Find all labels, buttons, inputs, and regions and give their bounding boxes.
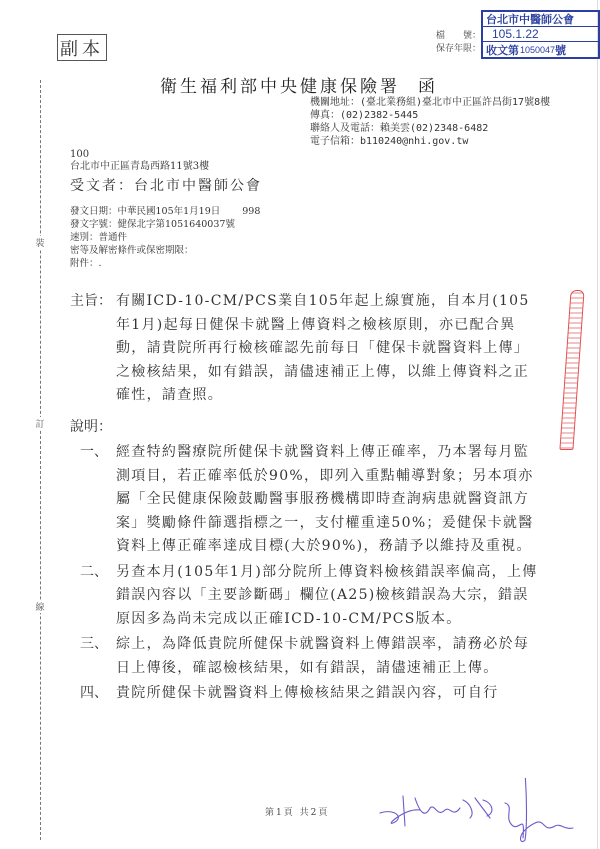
received-stamp: 台北市中醫師公會 105.1.22 收文第 1050047 號 <box>481 10 600 59</box>
recipient: 受文者：台北市中醫師公會 <box>70 175 262 195</box>
retention-label: 保存年限： <box>436 43 481 56</box>
doc-number: 發文字號：健保北字第1051640037號 <box>70 218 260 231</box>
subject-label: 主旨： <box>70 290 116 408</box>
binding-mark-bind: 裝 <box>33 236 47 249</box>
page-edge <box>597 0 598 849</box>
stamp-date: 105.1.22 <box>492 27 539 41</box>
item-text: 綜上，為降低貴院所健保卡就醫資料上傳錯誤率，請務必於每日上傳後，確認檢核結果，如… <box>116 633 540 680</box>
recipient-address: 台北市中正區青島西路11號3樓 <box>70 161 209 173</box>
document-body: 主旨： 有關ICD-10-CM/PCS業自105年起上線實施，自本月(105年1… <box>70 290 540 706</box>
attachments: 附件：. <box>70 257 260 270</box>
binding-line <box>40 80 41 840</box>
explanation-item: 二、 另查本月(105年1月)部分院所上傳資料檢核錯誤率偏高，上傳錯誤內容以「主… <box>70 561 540 632</box>
explanation-item: 四、 貴院所健保卡就醫資料上傳檢核結果之錯誤內容，可自行 <box>70 682 540 706</box>
stamp-received-label: 收文第 <box>486 42 519 58</box>
page-indicator: 第1頁 共2頁 <box>265 805 329 818</box>
subject: 主旨： 有關ICD-10-CM/PCS業自105年起上線實施，自本月(105年1… <box>70 290 540 408</box>
subject-text: 有關ICD-10-CM/PCS業自105年起上線實施，自本月(105年1月)起每… <box>116 290 540 408</box>
sender-email[interactable]: 電子信箱：b110240@nhi.gov.tw <box>310 135 550 148</box>
stamp-org: 台北市中醫師公會 <box>483 12 598 27</box>
document-title: 衛生福利部中央健康保險署函 <box>160 72 438 97</box>
copy-label: 副本 <box>57 34 107 61</box>
sender-info: 機關地址：(臺北業務組)臺北市中正區許昌街17號8樓 傳真：(02)2382-5… <box>310 96 550 148</box>
sender-contact: 聯絡人及電話：賴美雲(02)2348-6482 <box>310 122 550 135</box>
item-number: 四、 <box>70 682 116 706</box>
stamp-date-row: 105.1.22 <box>483 27 598 42</box>
issue-date: 發文日期：中華民國105年1月19日 <box>70 206 220 217</box>
explanation-label: 說明： <box>70 416 540 440</box>
explanation-item: 一、 經查特約醫療院所健保卡就醫資料上傳正確率，乃本署每月監測項目，若正確率低於… <box>70 441 540 559</box>
postal-code: 100 <box>70 149 209 161</box>
delivery-speed: 速別：普通件 <box>70 231 260 244</box>
signature-icon <box>375 778 575 843</box>
stamp-received-no: 1050047 <box>520 45 555 55</box>
doc-type: 函 <box>418 77 438 97</box>
item-text: 經查特約醫療院所健保卡就醫資料上傳正確率，乃本署每月監測項目，若正確率低於90%… <box>116 441 540 559</box>
archive-labels: 檔 號： 保存年限： <box>436 30 481 56</box>
stamp-received-suffix: 號 <box>555 42 566 58</box>
item-number: 二、 <box>70 561 116 632</box>
secrecy-level: 密等及解密條件或保密期限： <box>70 244 260 257</box>
recipient-address-block: 100 台北市中正區青島西路11號3樓 <box>70 149 209 173</box>
item-text: 另查本月(105年1月)部分院所上傳資料檢核錯誤率偏高，上傳錯誤內容以「主要診斷… <box>116 561 540 632</box>
issue-code: 998 <box>242 206 260 217</box>
binding-mark-line: 線 <box>33 600 47 613</box>
file-number-label: 檔 號： <box>436 30 481 43</box>
item-number: 三、 <box>70 633 116 680</box>
sender-address: 機關地址：(臺北業務組)臺北市中正區許昌街17號8樓 <box>310 96 550 109</box>
explanation-item: 三、 綜上，為降低貴院所健保卡就醫資料上傳錯誤率，請務必於每日上傳後，確認檢核結… <box>70 633 540 680</box>
agency-name: 衛生福利部中央健康保險署 <box>160 77 400 97</box>
sender-fax: 傳真：(02)2382-5445 <box>310 109 550 122</box>
seal-stamp-icon <box>559 290 584 450</box>
issue-date-row: 發文日期：中華民國105年1月19日998 <box>70 205 260 218</box>
document-meta: 發文日期：中華民國105年1月19日998 發文字號：健保北字第10516400… <box>70 205 260 270</box>
stamp-received-row: 收文第 1050047 號 <box>483 42 598 57</box>
binding-mark-staple: 訂 <box>33 417 47 430</box>
item-number: 一、 <box>70 441 116 559</box>
item-text: 貴院所健保卡就醫資料上傳檢核結果之錯誤內容，可自行 <box>116 682 540 706</box>
